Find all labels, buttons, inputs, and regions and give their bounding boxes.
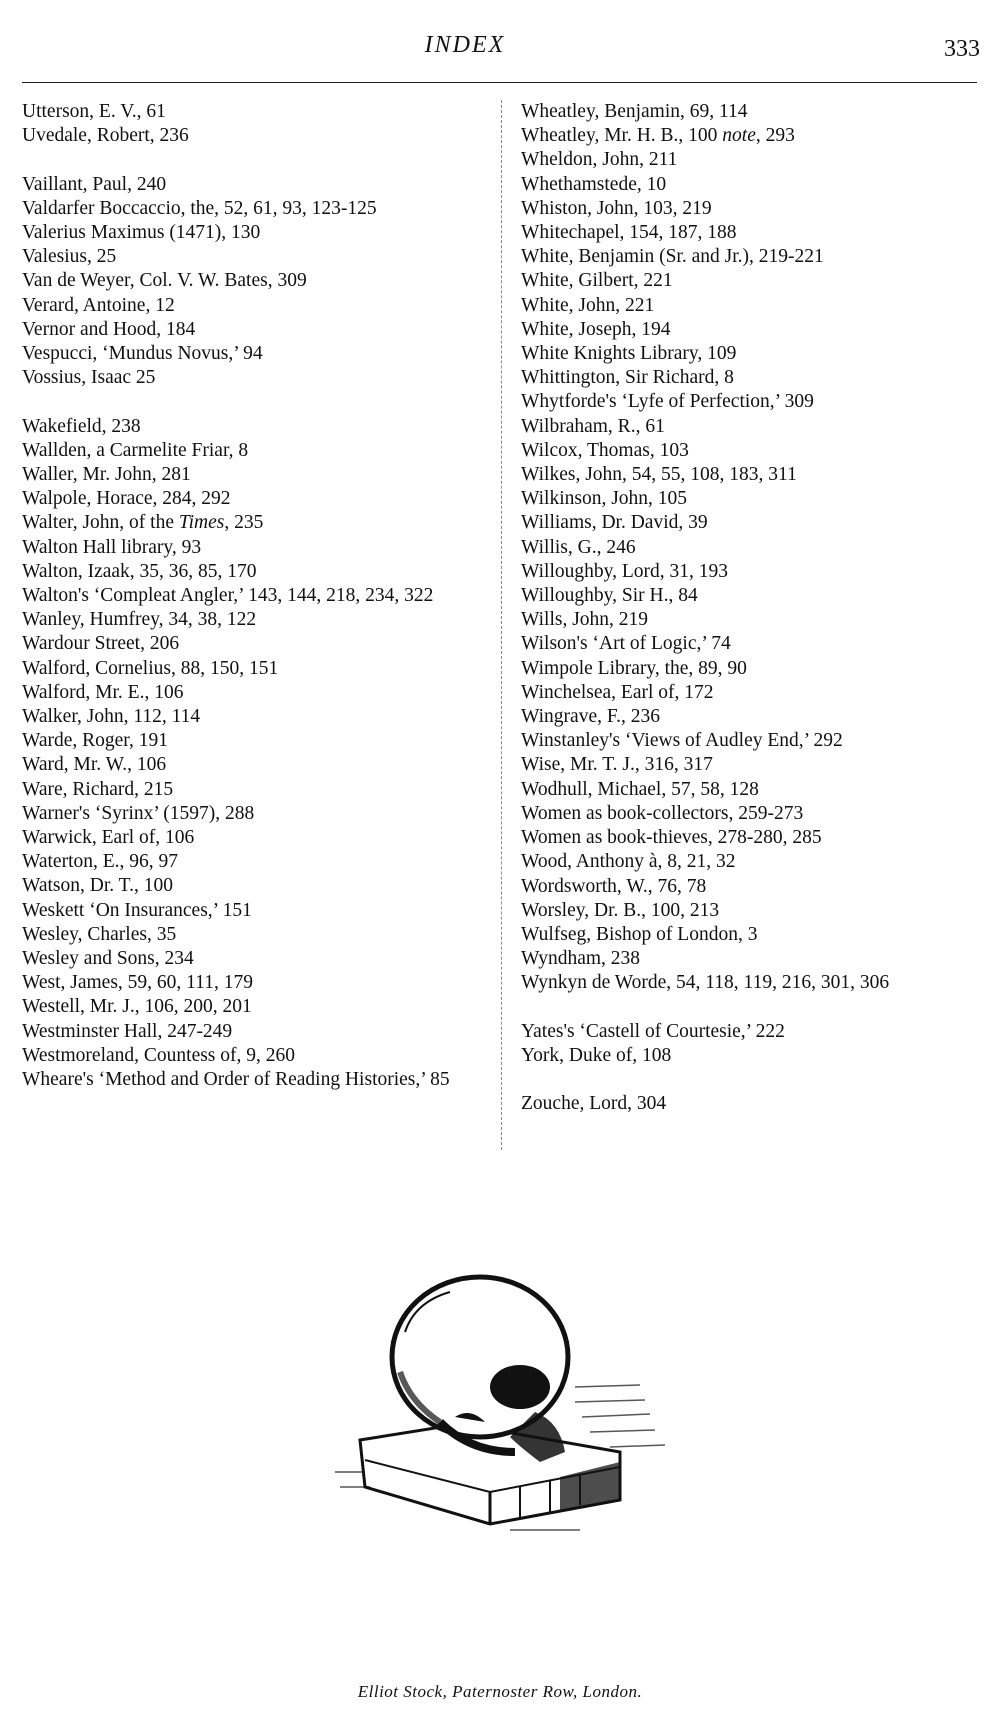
index-entry: Zouche, Lord, 304 — [521, 1092, 976, 1116]
entry-text: Women as book-thieves, 278-280, 285 — [521, 827, 822, 848]
index-entry: White, Benjamin (Sr. and Jr.), 219-221 — [521, 245, 976, 269]
index-entry: Wesley and Sons, 234 — [22, 947, 477, 971]
entry-text: Valerius Maximus (1471), 130 — [22, 222, 260, 243]
entry-text: Warde, Roger, 191 — [22, 730, 168, 751]
entry-text: Wheldon, John, 211 — [521, 149, 677, 170]
entry-text: Walpole, Horace, 284, 292 — [22, 488, 231, 509]
index-entry: Westminster Hall, 247-249 — [22, 1020, 477, 1044]
index-entry: Watson, Dr. T., 100 — [22, 874, 477, 898]
index-entry: Willoughby, Lord, 31, 193 — [521, 560, 976, 584]
index-entry: Ware, Richard, 215 — [22, 778, 477, 802]
entry-text: Walford, Cornelius, 88, 150, 151 — [22, 658, 278, 679]
index-entry: White, Gilbert, 221 — [521, 269, 976, 293]
index-entry: Waterton, E., 96, 97 — [22, 850, 477, 874]
index-entry: Whethamstede, 10 — [521, 173, 976, 197]
index-entry: Valerius Maximus (1471), 130 — [22, 221, 477, 245]
index-entry: Winstanley's ‘Views of Audley End,’ 292 — [521, 729, 976, 753]
entry-text: Wynkyn de Worde, 54, 118, 119, 216, 301,… — [521, 972, 889, 993]
entry-text: Whytforde's ‘Lyfe of Perfection,’ 309 — [521, 391, 814, 412]
index-entry: Warner's ‘Syrinx’ (1597), 288 — [22, 802, 477, 826]
entry-text: Wingrave, F., 236 — [521, 706, 660, 727]
entry-text: Zouche, Lord, 304 — [521, 1093, 666, 1114]
entry-text: Whittington, Sir Richard, 8 — [521, 367, 734, 388]
index-entry: Verard, Antoine, 12 — [22, 294, 477, 318]
index-entry: Wodhull, Michael, 57, 58, 128 — [521, 778, 976, 802]
index-entry: Utterson, E. V., 61 — [22, 100, 477, 124]
index-entry: Walpole, Horace, 284, 292 — [22, 487, 477, 511]
entry-text: Vossius, Isaac 25 — [22, 367, 155, 388]
entry-text: Waterton, E., 96, 97 — [22, 851, 178, 872]
entry-text: Warner's ‘Syrinx’ (1597), 288 — [22, 803, 254, 824]
entry-text: Westmoreland, Countess of, 9, 260 — [22, 1045, 295, 1066]
entry-text: Van de Weyer, Col. V. W. Bates, 309 — [22, 270, 307, 291]
entry-text: Winchelsea, Earl of, 172 — [521, 682, 714, 703]
entry-text: Wesley, Charles, 35 — [22, 924, 176, 945]
index-entry: Wills, John, 219 — [521, 608, 976, 632]
entry-text: Wilbraham, R., 61 — [521, 416, 665, 437]
entry-text: Warwick, Earl of, 106 — [22, 827, 194, 848]
entry-text: Wilkinson, John, 105 — [521, 488, 687, 509]
entry-text: Walker, John, 112, 114 — [22, 706, 200, 727]
entry-text: White, Joseph, 194 — [521, 319, 670, 340]
entry-text: York, Duke of, 108 — [521, 1045, 671, 1066]
entry-text: Verard, Antoine, 12 — [22, 295, 175, 316]
entry-text: Willis, G., 246 — [521, 537, 636, 558]
entry-text: Wallden, a Carmelite Friar, 8 — [22, 440, 248, 461]
entry-text: Vespucci, ‘Mundus Novus,’ 94 — [22, 343, 263, 364]
entry-text: Wardour Street, 206 — [22, 633, 179, 654]
index-entry: York, Duke of, 108 — [521, 1044, 976, 1068]
index-entry: Wynkyn de Worde, 54, 118, 119, 216, 301,… — [521, 971, 976, 995]
index-entry: Valesius, 25 — [22, 245, 477, 269]
index-entry: Winchelsea, Earl of, 172 — [521, 681, 976, 705]
entry-text: Walton's ‘Compleat Angler,’ 143, 144, 21… — [22, 585, 433, 606]
index-entry: Wordsworth, W., 76, 78 — [521, 875, 976, 899]
entry-text: Whethamstede, 10 — [521, 174, 666, 195]
entry-text: Wheatley, Benjamin, 69, 114 — [521, 101, 748, 122]
entry-text: Walton, Izaak, 35, 36, 85, 170 — [22, 561, 257, 582]
entry-text: Wulfseg, Bishop of London, 3 — [521, 924, 757, 945]
index-entry: Wilbraham, R., 61 — [521, 415, 976, 439]
entry-pages: , 293 — [756, 125, 795, 146]
entry-text: Wodhull, Michael, 57, 58, 128 — [521, 779, 759, 800]
index-entry: Westmoreland, Countess of, 9, 260 — [22, 1044, 477, 1068]
entry-text: Wood, Anthony à, 8, 21, 32 — [521, 851, 736, 872]
entry-text: Valdarfer Boccaccio, the, 52, 61, 93, 12… — [22, 198, 377, 219]
index-entry: Wimpole Library, the, 89, 90 — [521, 657, 976, 681]
entry-text: Wheatley, Mr. H. B., 100 — [521, 125, 722, 146]
skull-on-book-illustration — [320, 1262, 680, 1532]
entry-text: Walford, Mr. E., 106 — [22, 682, 183, 703]
section-gap — [521, 1068, 976, 1092]
index-column-left: Utterson, E. V., 61Uvedale, Robert, 236V… — [22, 100, 477, 1092]
index-entry: Walter, John, of the Times, 235 — [22, 511, 477, 535]
index-entry: White Knights Library, 109 — [521, 342, 976, 366]
index-entry: Wilson's ‘Art of Logic,’ 74 — [521, 632, 976, 656]
index-entry: Williams, Dr. David, 39 — [521, 511, 976, 535]
entry-text: Worsley, Dr. B., 100, 213 — [521, 900, 719, 921]
entry-italic: Times — [179, 512, 225, 533]
entry-text: Wyndham, 238 — [521, 948, 640, 969]
index-entry: Uvedale, Robert, 236 — [22, 124, 477, 148]
index-entry: Women as book-collectors, 259-273 — [521, 802, 976, 826]
entry-text: Whitechapel, 154, 187, 188 — [521, 222, 737, 243]
index-entry: Worsley, Dr. B., 100, 213 — [521, 899, 976, 923]
index-entry: Whitechapel, 154, 187, 188 — [521, 221, 976, 245]
index-entry: Whittington, Sir Richard, 8 — [521, 366, 976, 390]
column-divider — [501, 100, 502, 1150]
index-entry: Vespucci, ‘Mundus Novus,’ 94 — [22, 342, 477, 366]
entry-text: Wheare's ‘Method and Order of Reading Hi… — [22, 1069, 450, 1090]
index-entry: Wilcox, Thomas, 103 — [521, 439, 976, 463]
entry-text: Women as book-collectors, 259-273 — [521, 803, 803, 824]
index-entry: Wheatley, Benjamin, 69, 114 — [521, 100, 976, 124]
header-rule — [22, 82, 977, 83]
index-entry: White, Joseph, 194 — [521, 318, 976, 342]
index-entry: Whytforde's ‘Lyfe of Perfection,’ 309 — [521, 390, 976, 414]
publisher-imprint: Elliot Stock, Paternoster Row, London. — [0, 1682, 1000, 1702]
index-entry: Wilkes, John, 54, 55, 108, 183, 311 — [521, 463, 976, 487]
entry-text: Ward, Mr. W., 106 — [22, 754, 166, 775]
index-entry: Westell, Mr. J., 106, 200, 201 — [22, 995, 477, 1019]
index-entry: Wanley, Humfrey, 34, 38, 122 — [22, 608, 477, 632]
entry-text: West, James, 59, 60, 111, 179 — [22, 972, 253, 993]
index-column-right: Wheatley, Benjamin, 69, 114Wheatley, Mr.… — [521, 100, 976, 1117]
entry-text: Wakefield, 238 — [22, 416, 141, 437]
entry-text: Wilkes, John, 54, 55, 108, 183, 311 — [521, 464, 797, 485]
entry-text: Williams, Dr. David, 39 — [521, 512, 708, 533]
entry-text: White, Gilbert, 221 — [521, 270, 673, 291]
entry-text: Wesley and Sons, 234 — [22, 948, 194, 969]
entry-text: Watson, Dr. T., 100 — [22, 875, 173, 896]
entry-text: Wise, Mr. T. J., 316, 317 — [521, 754, 713, 775]
entry-text: Ware, Richard, 215 — [22, 779, 173, 800]
entry-text: White, John, 221 — [521, 295, 654, 316]
index-entry: Wheatley, Mr. H. B., 100 note, 293 — [521, 124, 976, 148]
index-entry: Vaillant, Paul, 240 — [22, 173, 477, 197]
running-head: INDEX 333 — [0, 30, 1000, 70]
entry-text: Wilcox, Thomas, 103 — [521, 440, 689, 461]
index-entry: Willis, G., 246 — [521, 536, 976, 560]
index-entry: Wakefield, 238 — [22, 415, 477, 439]
index-entry: Valdarfer Boccaccio, the, 52, 61, 93, 12… — [22, 197, 477, 221]
skull-icon — [320, 1262, 680, 1532]
index-entry: Whiston, John, 103, 219 — [521, 197, 976, 221]
index-entry: Wardour Street, 206 — [22, 632, 477, 656]
index-entry: Warde, Roger, 191 — [22, 729, 477, 753]
entry-italic: note — [722, 125, 756, 146]
index-entry: Weskett ‘On Insurances,’ 151 — [22, 899, 477, 923]
entry-text: Wilson's ‘Art of Logic,’ 74 — [521, 633, 731, 654]
section-gap — [521, 996, 976, 1020]
entry-text: Waller, Mr. John, 281 — [22, 464, 191, 485]
index-entry: Ward, Mr. W., 106 — [22, 753, 477, 777]
index-entry: Willoughby, Sir H., 84 — [521, 584, 976, 608]
entry-text: Westminster Hall, 247-249 — [22, 1021, 232, 1042]
entry-text: Wordsworth, W., 76, 78 — [521, 876, 706, 897]
entry-pages: , 235 — [224, 512, 263, 533]
section-gap — [22, 390, 477, 414]
entry-text: Winstanley's ‘Views of Audley End,’ 292 — [521, 730, 843, 751]
entry-text: White Knights Library, 109 — [521, 343, 736, 364]
index-entry: Wheldon, John, 211 — [521, 148, 976, 172]
page-title: INDEX — [0, 32, 930, 59]
index-entry: Waller, Mr. John, 281 — [22, 463, 477, 487]
page-number: 333 — [944, 36, 980, 63]
entry-text: Walton Hall library, 93 — [22, 537, 201, 558]
entry-text: Utterson, E. V., 61 — [22, 101, 166, 122]
index-entry: Van de Weyer, Col. V. W. Bates, 309 — [22, 269, 477, 293]
index-entry: Wingrave, F., 236 — [521, 705, 976, 729]
index-entry: Wesley, Charles, 35 — [22, 923, 477, 947]
index-entry: Wheare's ‘Method and Order of Reading Hi… — [22, 1068, 477, 1092]
index-entry: Warwick, Earl of, 106 — [22, 826, 477, 850]
index-entry: Yates's ‘Castell of Courtesie,’ 222 — [521, 1020, 976, 1044]
entry-text: Valesius, 25 — [22, 246, 116, 267]
index-entry: Women as book-thieves, 278-280, 285 — [521, 826, 976, 850]
index-entry: Walton, Izaak, 35, 36, 85, 170 — [22, 560, 477, 584]
index-entry: Wood, Anthony à, 8, 21, 32 — [521, 850, 976, 874]
entry-text: Uvedale, Robert, 236 — [22, 125, 189, 146]
index-entry: Walford, Mr. E., 106 — [22, 681, 477, 705]
entry-text: Whiston, John, 103, 219 — [521, 198, 712, 219]
section-gap — [22, 148, 477, 172]
index-entry: Wilkinson, John, 105 — [521, 487, 976, 511]
entry-text: Willoughby, Sir H., 84 — [521, 585, 698, 606]
entry-text: Walter, John, of the — [22, 512, 179, 533]
index-entry: Wallden, a Carmelite Friar, 8 — [22, 439, 477, 463]
index-entry: Wise, Mr. T. J., 316, 317 — [521, 753, 976, 777]
index-entry: West, James, 59, 60, 111, 179 — [22, 971, 477, 995]
entry-text: Wills, John, 219 — [521, 609, 648, 630]
index-entry: Walford, Cornelius, 88, 150, 151 — [22, 657, 477, 681]
entry-text: Westell, Mr. J., 106, 200, 201 — [22, 996, 252, 1017]
entry-text: Vernor and Hood, 184 — [22, 319, 195, 340]
entry-text: White, Benjamin (Sr. and Jr.), 219-221 — [521, 246, 824, 267]
index-entry: Walker, John, 112, 114 — [22, 705, 477, 729]
index-entry: Wulfseg, Bishop of London, 3 — [521, 923, 976, 947]
index-entry: Wyndham, 238 — [521, 947, 976, 971]
entry-text: Weskett ‘On Insurances,’ 151 — [22, 900, 252, 921]
index-entry: Walton's ‘Compleat Angler,’ 143, 144, 21… — [22, 584, 477, 608]
entry-text: Wimpole Library, the, 89, 90 — [521, 658, 747, 679]
entry-text: Wanley, Humfrey, 34, 38, 122 — [22, 609, 256, 630]
index-entry: Walton Hall library, 93 — [22, 536, 477, 560]
index-entry: Vernor and Hood, 184 — [22, 318, 477, 342]
index-entry: Vossius, Isaac 25 — [22, 366, 477, 390]
index-entry: White, John, 221 — [521, 294, 976, 318]
entry-text: Yates's ‘Castell of Courtesie,’ 222 — [521, 1021, 785, 1042]
entry-text: Vaillant, Paul, 240 — [22, 174, 166, 195]
entry-text: Willoughby, Lord, 31, 193 — [521, 561, 728, 582]
